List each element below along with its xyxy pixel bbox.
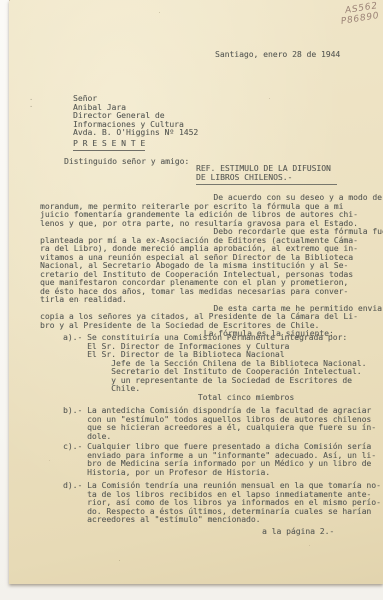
formula-item-a: a).- Se constituiría una Comisión Perman… — [63, 334, 366, 402]
formula-item-b: b).- La antedicha Comisión dispondría de… — [63, 407, 376, 441]
dateline: Santiago, enero 28 de 1944 — [215, 51, 340, 60]
paper-speckles — [9, 0, 10, 1]
page-continuation-note: a la página 2.- — [262, 528, 334, 537]
letter-paper: AS562 P86890 Santiago, enero 28 de 1944 … — [9, 0, 383, 584]
reference-subject-line2: DE LIBROS CHILENOS.- — [196, 174, 337, 185]
letter-body-paragraphs: De acuerdo con su deseo y a modo de me- … — [40, 194, 383, 339]
archival-pencil-annotation: AS562 P86890 — [339, 1, 381, 27]
formula-item-d: d).- La Comisión tendría una reunión men… — [63, 482, 381, 525]
salutation: Distinguido señor y amigo: — [64, 158, 189, 167]
pencil-margin-marks: · · — [29, 97, 35, 117]
formula-item-c: c).- Cualquier libro que fuere presentad… — [63, 443, 376, 477]
recipient-address-block: Señor Anibal Jara Director General de In… — [73, 95, 198, 138]
presente-line: P R E S E N T E — [73, 140, 145, 151]
scanned-letter-page: AS562 P86890 Santiago, enero 28 de 1944 … — [0, 0, 383, 600]
